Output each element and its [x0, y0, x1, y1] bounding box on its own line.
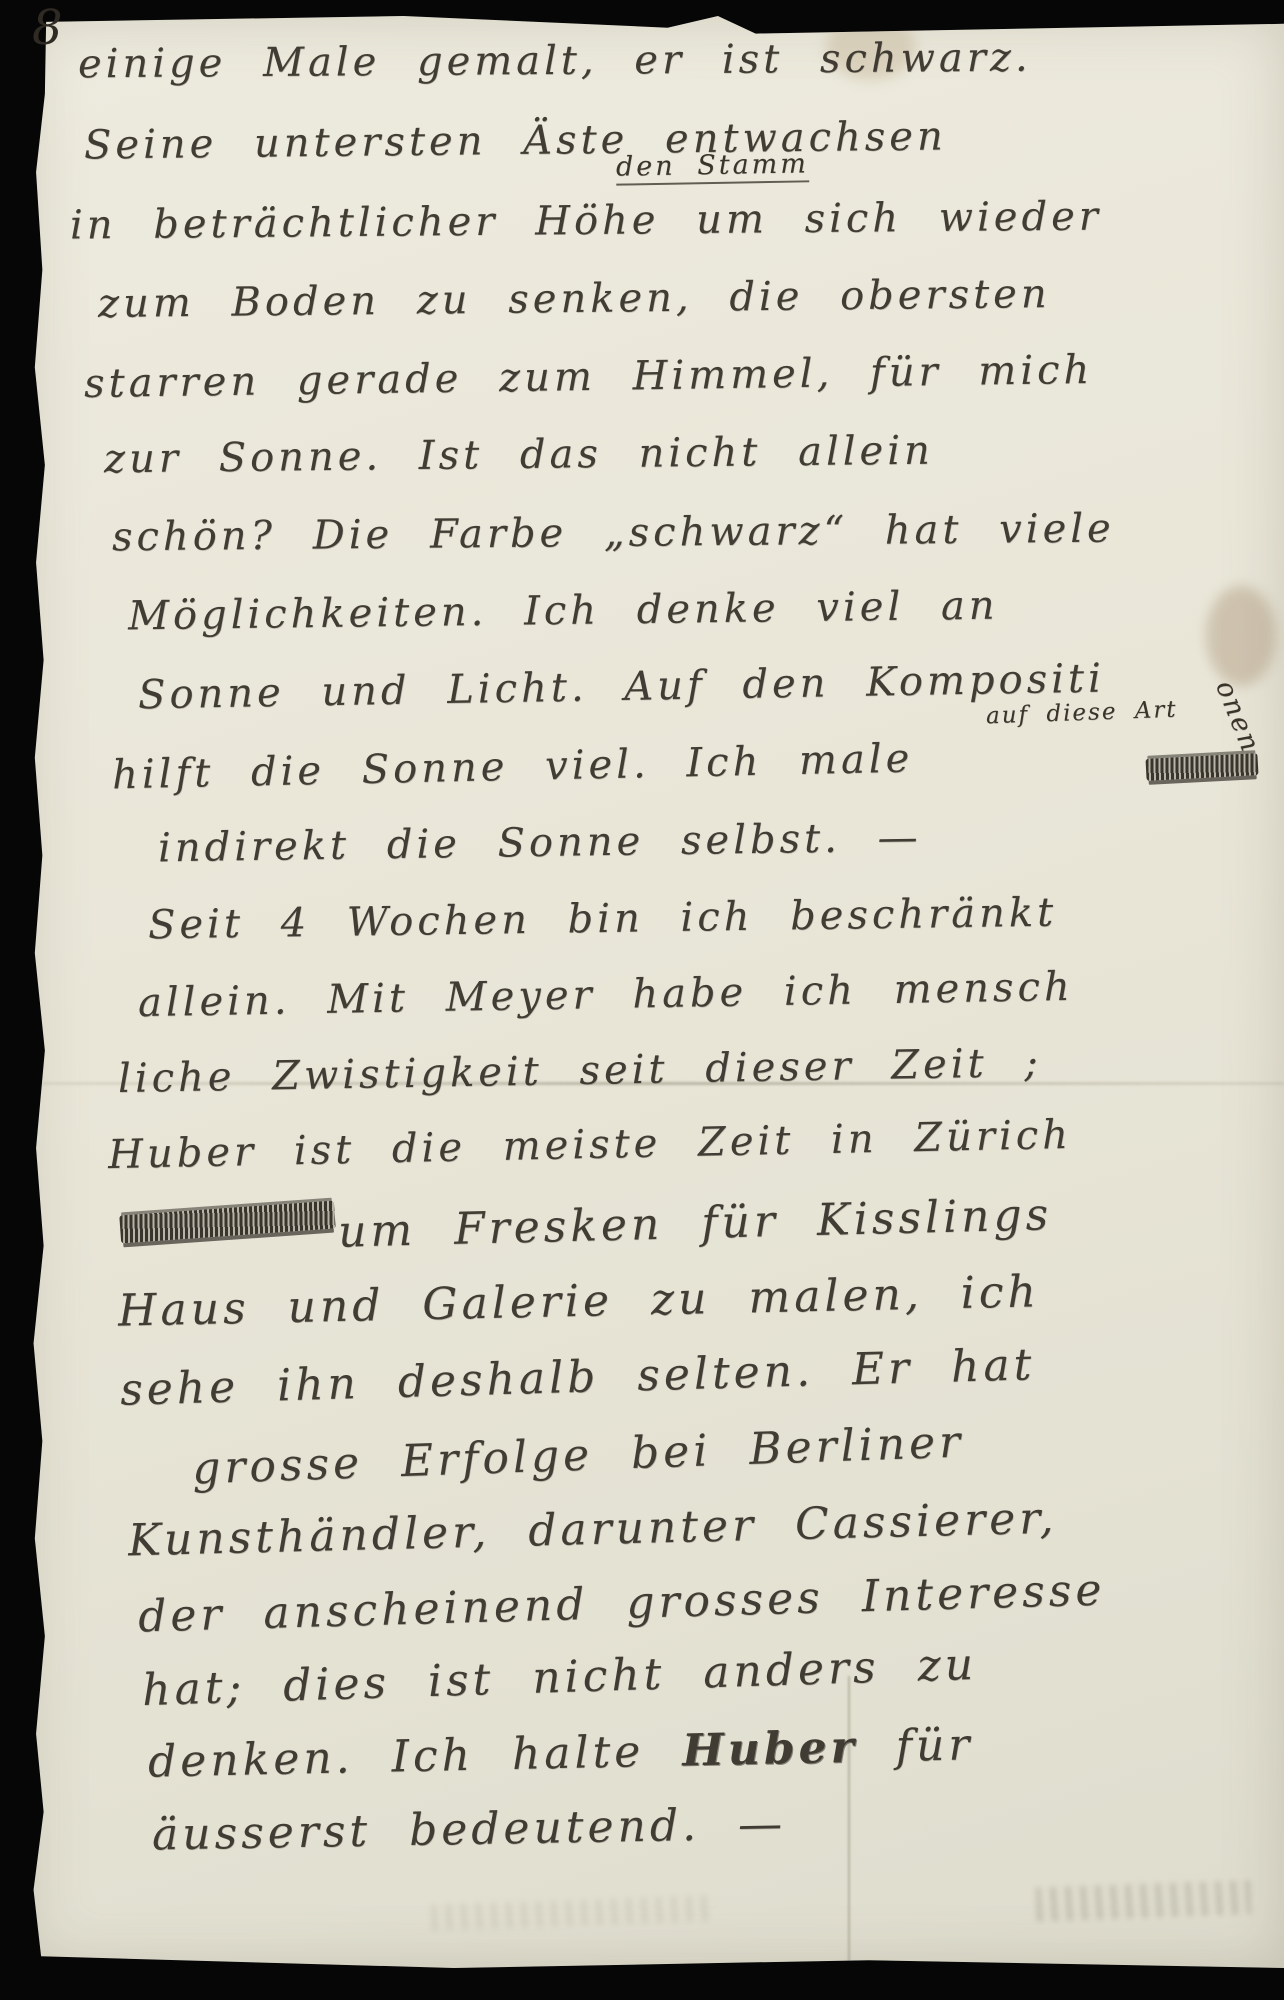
fold-crease-vertical [848, 1676, 850, 1968]
page-number: 8 [32, 0, 63, 56]
ink-bleed-through [1035, 1880, 1251, 1921]
line-segment: für [857, 1719, 974, 1772]
ink-bleed-through [431, 1895, 717, 1931]
corrected-word-huber: Huber [682, 1722, 859, 1777]
interline-insertion-den-stamm: den Stamm [616, 148, 809, 185]
handwritten-line: Seine untersten Äste entwachsen [84, 113, 947, 168]
photographed-letter-page: 8 einige Male gemalt, er ist schwarz. Se… [0, 0, 1284, 2000]
handwritten-line: zur Sonne. Ist das nicht allein [104, 428, 934, 483]
handwritten-line: schön? Die Farbe „schwarz“ hat viele [112, 506, 1115, 561]
handwritten-line: einige Male gemalt, er ist schwarz. [78, 35, 1032, 88]
ink-stain [1206, 586, 1276, 686]
handwritten-line: in beträchtlicher Höhe um sich wieder [70, 193, 1102, 248]
